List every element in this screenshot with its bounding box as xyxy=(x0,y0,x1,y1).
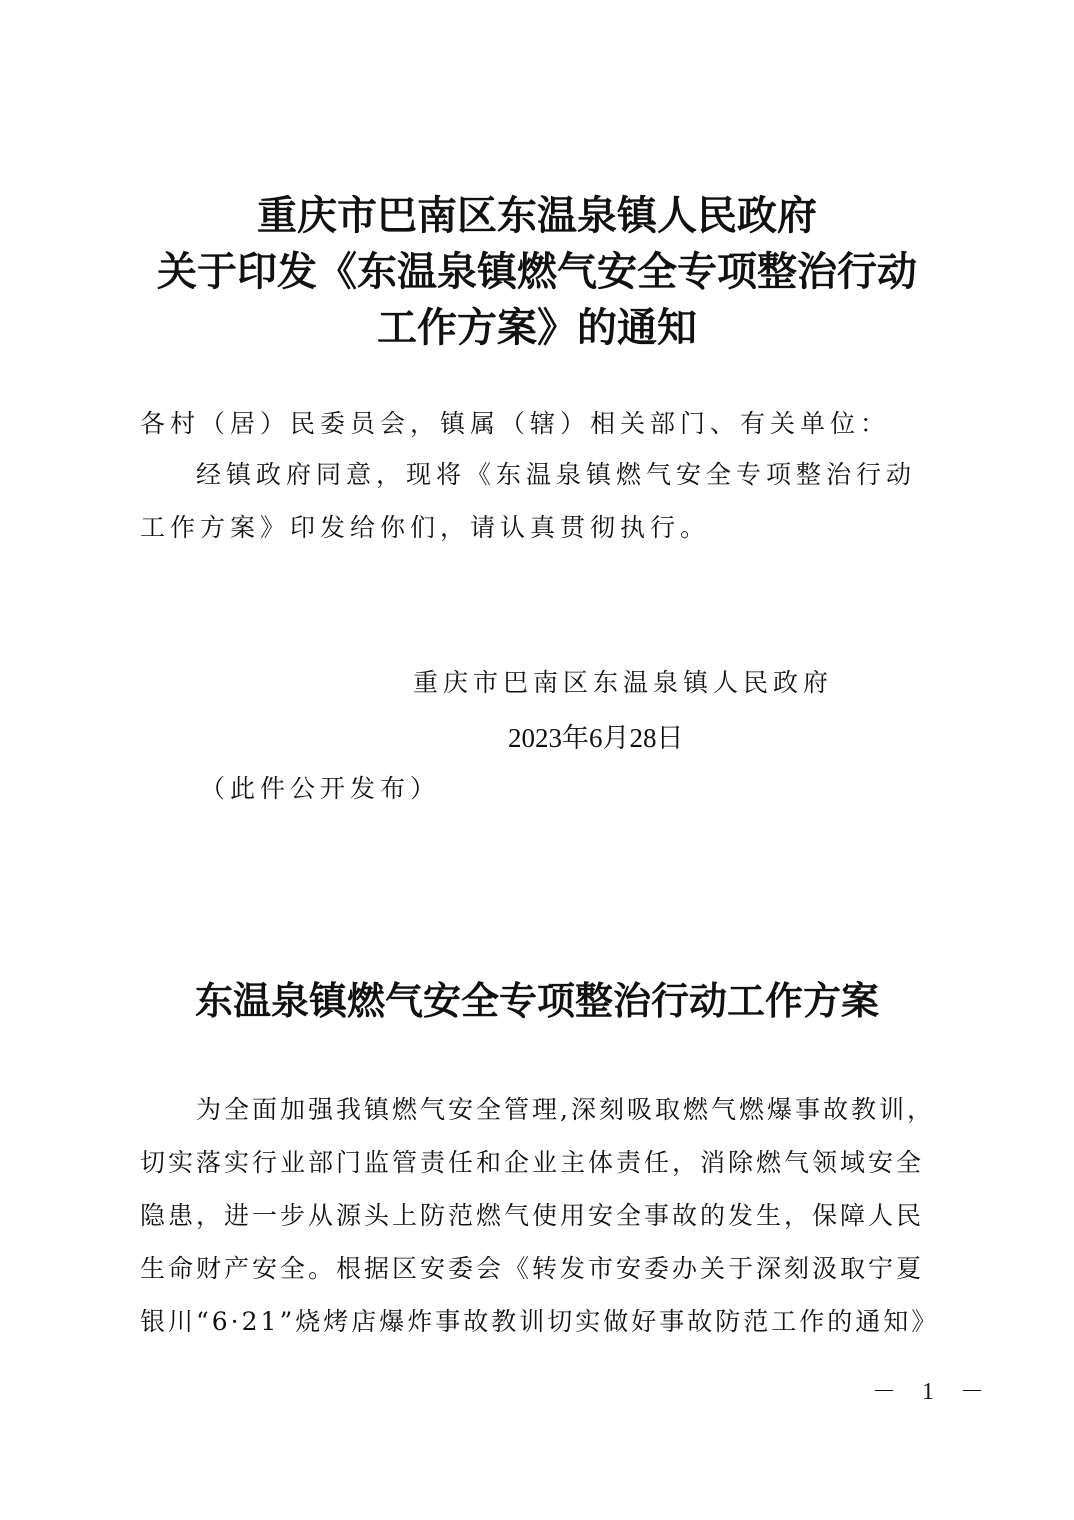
public-release-note: （此件公开发布） xyxy=(200,769,440,805)
addressee: 各村（居）民委员会，镇属（辖）相关部门、有关单位： xyxy=(140,404,890,440)
plan-paragraph-line-2: 切实落实行业部门监管责任和企业主体责任，消除燃气领域安全 xyxy=(140,1143,940,1179)
notice-title-line-3: 工作方案》的通知 xyxy=(0,300,1074,356)
document-page: 重庆市巴南区东温泉镇人民政府 关于印发《东温泉镇燃气安全专项整治行动 工作方案》… xyxy=(0,0,1074,1520)
signature-organization: 重庆市巴南区东温泉镇人民政府 xyxy=(413,663,833,699)
signature-date: 2023年6月28日 xyxy=(508,716,684,755)
plan-title: 东温泉镇燃气安全专项整治行动工作方案 xyxy=(0,970,1074,1025)
plan-paragraph-line-1: 为全面加强我镇燃气安全管理,深刻吸取燃气燃爆事故教训， xyxy=(196,1090,996,1126)
notice-body-line-1: 经镇政府同意，现将《东温泉镇燃气安全专项整治行动 xyxy=(196,455,916,491)
notice-title: 重庆市巴南区东温泉镇人民政府 关于印发《东温泉镇燃气安全专项整治行动 工作方案》… xyxy=(0,188,1074,356)
page-number: － 1 － xyxy=(872,1371,994,1406)
plan-paragraph-line-5: 银川“6·21”烧烤店爆炸事故教训切实做好事故防范工作的通知》 xyxy=(140,1302,940,1338)
notice-title-line-2: 关于印发《东温泉镇燃气安全专项整治行动 xyxy=(0,244,1074,300)
notice-body-line-2: 工作方案》印发给你们，请认真贯彻执行。 xyxy=(140,508,710,544)
plan-paragraph-line-4: 生命财产安全。根据区安委会《转发市安委办关于深刻汲取宁夏 xyxy=(140,1249,940,1285)
plan-paragraph-line-3: 隐患，进一步从源头上防范燃气使用安全事故的发生，保障人民 xyxy=(140,1196,940,1232)
notice-title-line-1: 重庆市巴南区东温泉镇人民政府 xyxy=(0,188,1074,244)
